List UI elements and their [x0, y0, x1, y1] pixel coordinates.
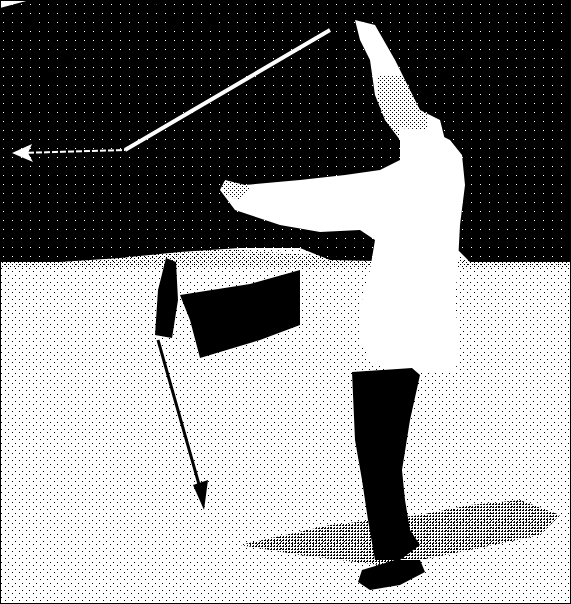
golf-photo [0, 0, 571, 604]
photo-canvas [0, 0, 571, 604]
